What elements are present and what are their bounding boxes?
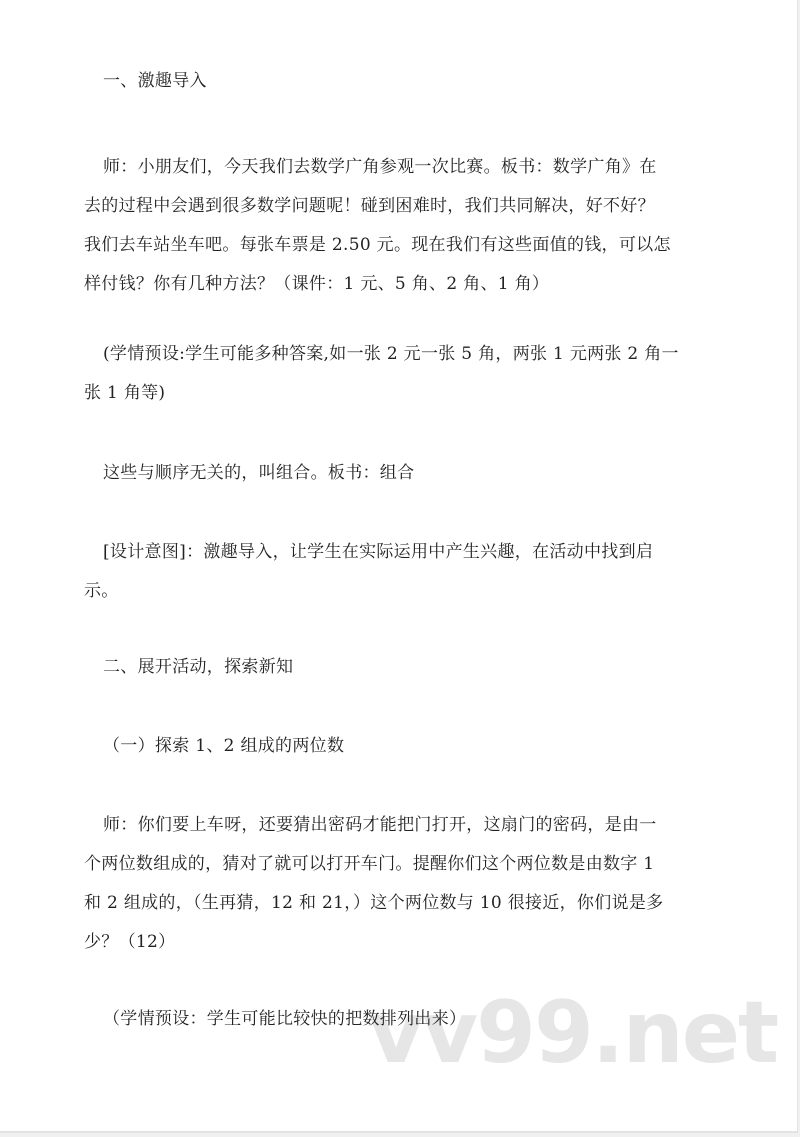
subsection-heading-1: （一）探索 1、2 组成的两位数 [103,727,743,766]
section-heading-2: 二、展开活动，探索新知 [103,648,743,687]
paragraph-teacher-password: 师：你们要上车呀，还要猜出密码才能把门打开，这扇门的密码，是由一 个两位数组成的… [84,806,724,962]
paragraph-preset-2: （学情预设：学生可能比较快的把数排列出来） [103,1000,743,1039]
paragraph-design-intent: [设计意图]：激趣导入，让学生在实际运用中产生兴趣，在活动中找到启 示。 [84,533,724,611]
section-heading-1: 一、激趣导入 [103,62,743,101]
paragraph-preset-1: (学情预设:学生可能多种答案,如一张 2 元一张 5 角，两张 1 元两张 2 … [84,335,724,413]
paragraph-combination: 这些与顺序无关的，叫组合。板书：组合 [84,454,724,493]
document-page: vv99.net 一、激趣导入 师：小朋友们，今天我们去数学广角参观一次比赛。板… [0,0,798,1133]
paragraph-teacher-intro: 师：小朋友们，今天我们去数学广角参观一次比赛。板书：数学广角》在 去的过程中会遇… [84,148,724,304]
